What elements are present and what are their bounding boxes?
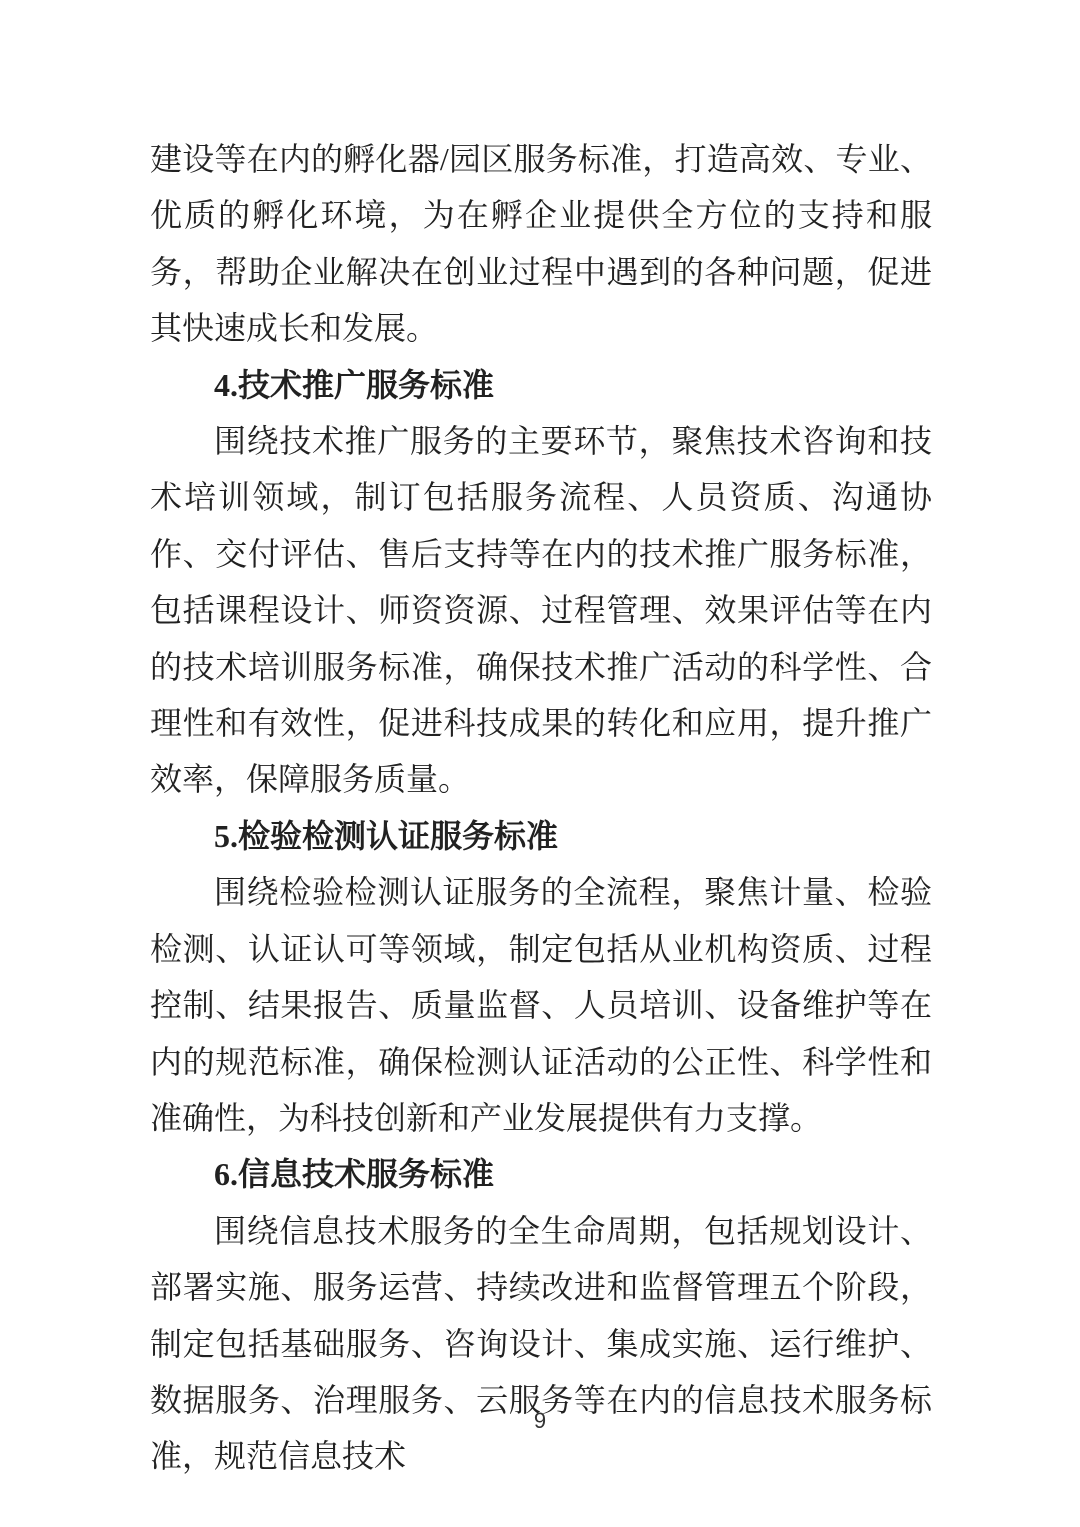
section-heading-5-inspection-certification: 5.检验检测认证服务标准 (150, 808, 932, 864)
document-body: 建设等在内的孵化器/园区服务标准，打造高效、专业、优质的孵化环境，为在孵企业提供… (150, 131, 932, 1485)
paragraph-inspection-certification: 围绕检验检测认证服务的全流程，聚焦计量、检验检测、认证认可等领域，制定包括从业机… (150, 864, 932, 1146)
page-number: 9 (0, 1408, 1080, 1434)
section-heading-6-information-technology: 6.信息技术服务标准 (150, 1146, 932, 1202)
paragraph-information-technology: 围绕信息技术服务的全生命周期，包括规划设计、部署实施、服务运营、持续改进和监督管… (150, 1203, 932, 1485)
document-page: 建设等在内的孵化器/园区服务标准，打造高效、专业、优质的孵化环境，为在孵企业提供… (0, 0, 1080, 1527)
paragraph-incubator-continuation: 建设等在内的孵化器/园区服务标准，打造高效、专业、优质的孵化环境，为在孵企业提供… (150, 131, 932, 357)
section-heading-4-tech-promotion: 4.技术推广服务标准 (150, 357, 932, 413)
paragraph-tech-promotion: 围绕技术推广服务的主要环节，聚焦技术咨询和技术培训领域，制订包括服务流程、人员资… (150, 413, 932, 808)
